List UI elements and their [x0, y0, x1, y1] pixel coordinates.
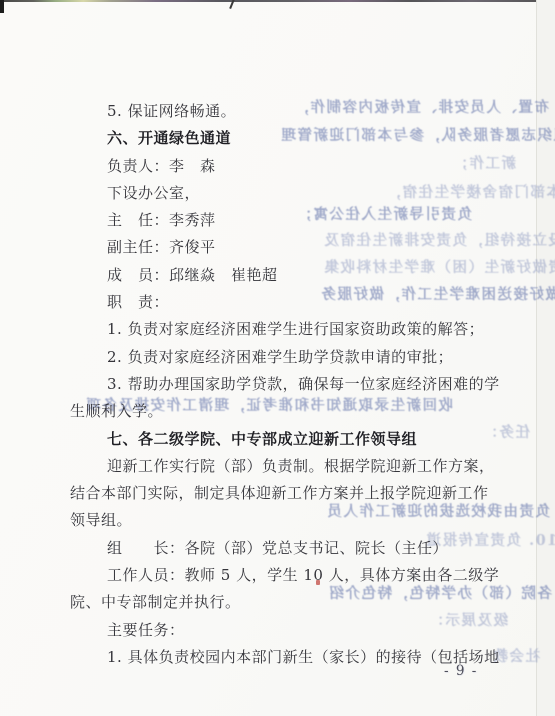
doc-line: 职 责： — [70, 289, 512, 316]
doc-line: 组 长：各院（部）党总支书记、院长（主任） — [70, 535, 512, 562]
doc-line: 主 任：李秀萍 — [70, 207, 512, 234]
doc-line: 负责人：李 森 — [70, 153, 512, 180]
page-number: - 9 - — [444, 663, 478, 679]
doc-heading-section-6: 六、开通绿色通道 — [70, 125, 512, 152]
scanned-document-page: 布置、人员安排、宣传板内容制作， 2. 组织志愿者服务队，参与本部门迎新管理 新… — [0, 0, 555, 716]
doc-line: 成 员：邱继焱 崔艳超 — [70, 262, 512, 289]
scan-top-edge-artifact — [0, 0, 555, 2]
doc-line: 院、中专部制定并执行。 — [70, 589, 512, 616]
doc-line: 生顺利入学。 — [70, 398, 512, 425]
red-ink-speck — [316, 580, 320, 585]
doc-line: 工作人员：教师 5 人，学生 10 人，具体方案由各二级学 — [70, 562, 512, 589]
doc-line: 2. 负责对家庭经济困难学生助学贷款申请的审批； — [70, 344, 512, 371]
doc-line: 结合本部门实际，制定具体迎新工作方案并上报学院迎新工作 — [70, 480, 512, 507]
doc-line: 1. 负责对家庭经济困难学生进行国家资助政策的解答； — [70, 316, 512, 343]
doc-heading-section-7: 七、各二级学院、中专部成立迎新工作领导组 — [70, 426, 512, 453]
doc-line: 副主任：齐俊平 — [70, 234, 512, 261]
doc-line: 主要任务： — [70, 617, 512, 644]
doc-line: 3. 帮助办理国家助学贷款，确保每一位家庭经济困难的学 — [70, 371, 512, 398]
doc-line: 领导组。 — [70, 507, 512, 534]
doc-line: 下设办公室， — [70, 180, 512, 207]
doc-line: 迎新工作实行院（部）负责制。根据学院迎新工作方案， — [70, 453, 512, 480]
document-body: 5. 保证网络畅通。 六、开通绿色通道 负责人：李 森 下设办公室， 主 任：李… — [70, 98, 512, 671]
scan-corner-mark — [0, 0, 4, 13]
doc-line: 5. 保证网络畅通。 — [70, 98, 512, 125]
